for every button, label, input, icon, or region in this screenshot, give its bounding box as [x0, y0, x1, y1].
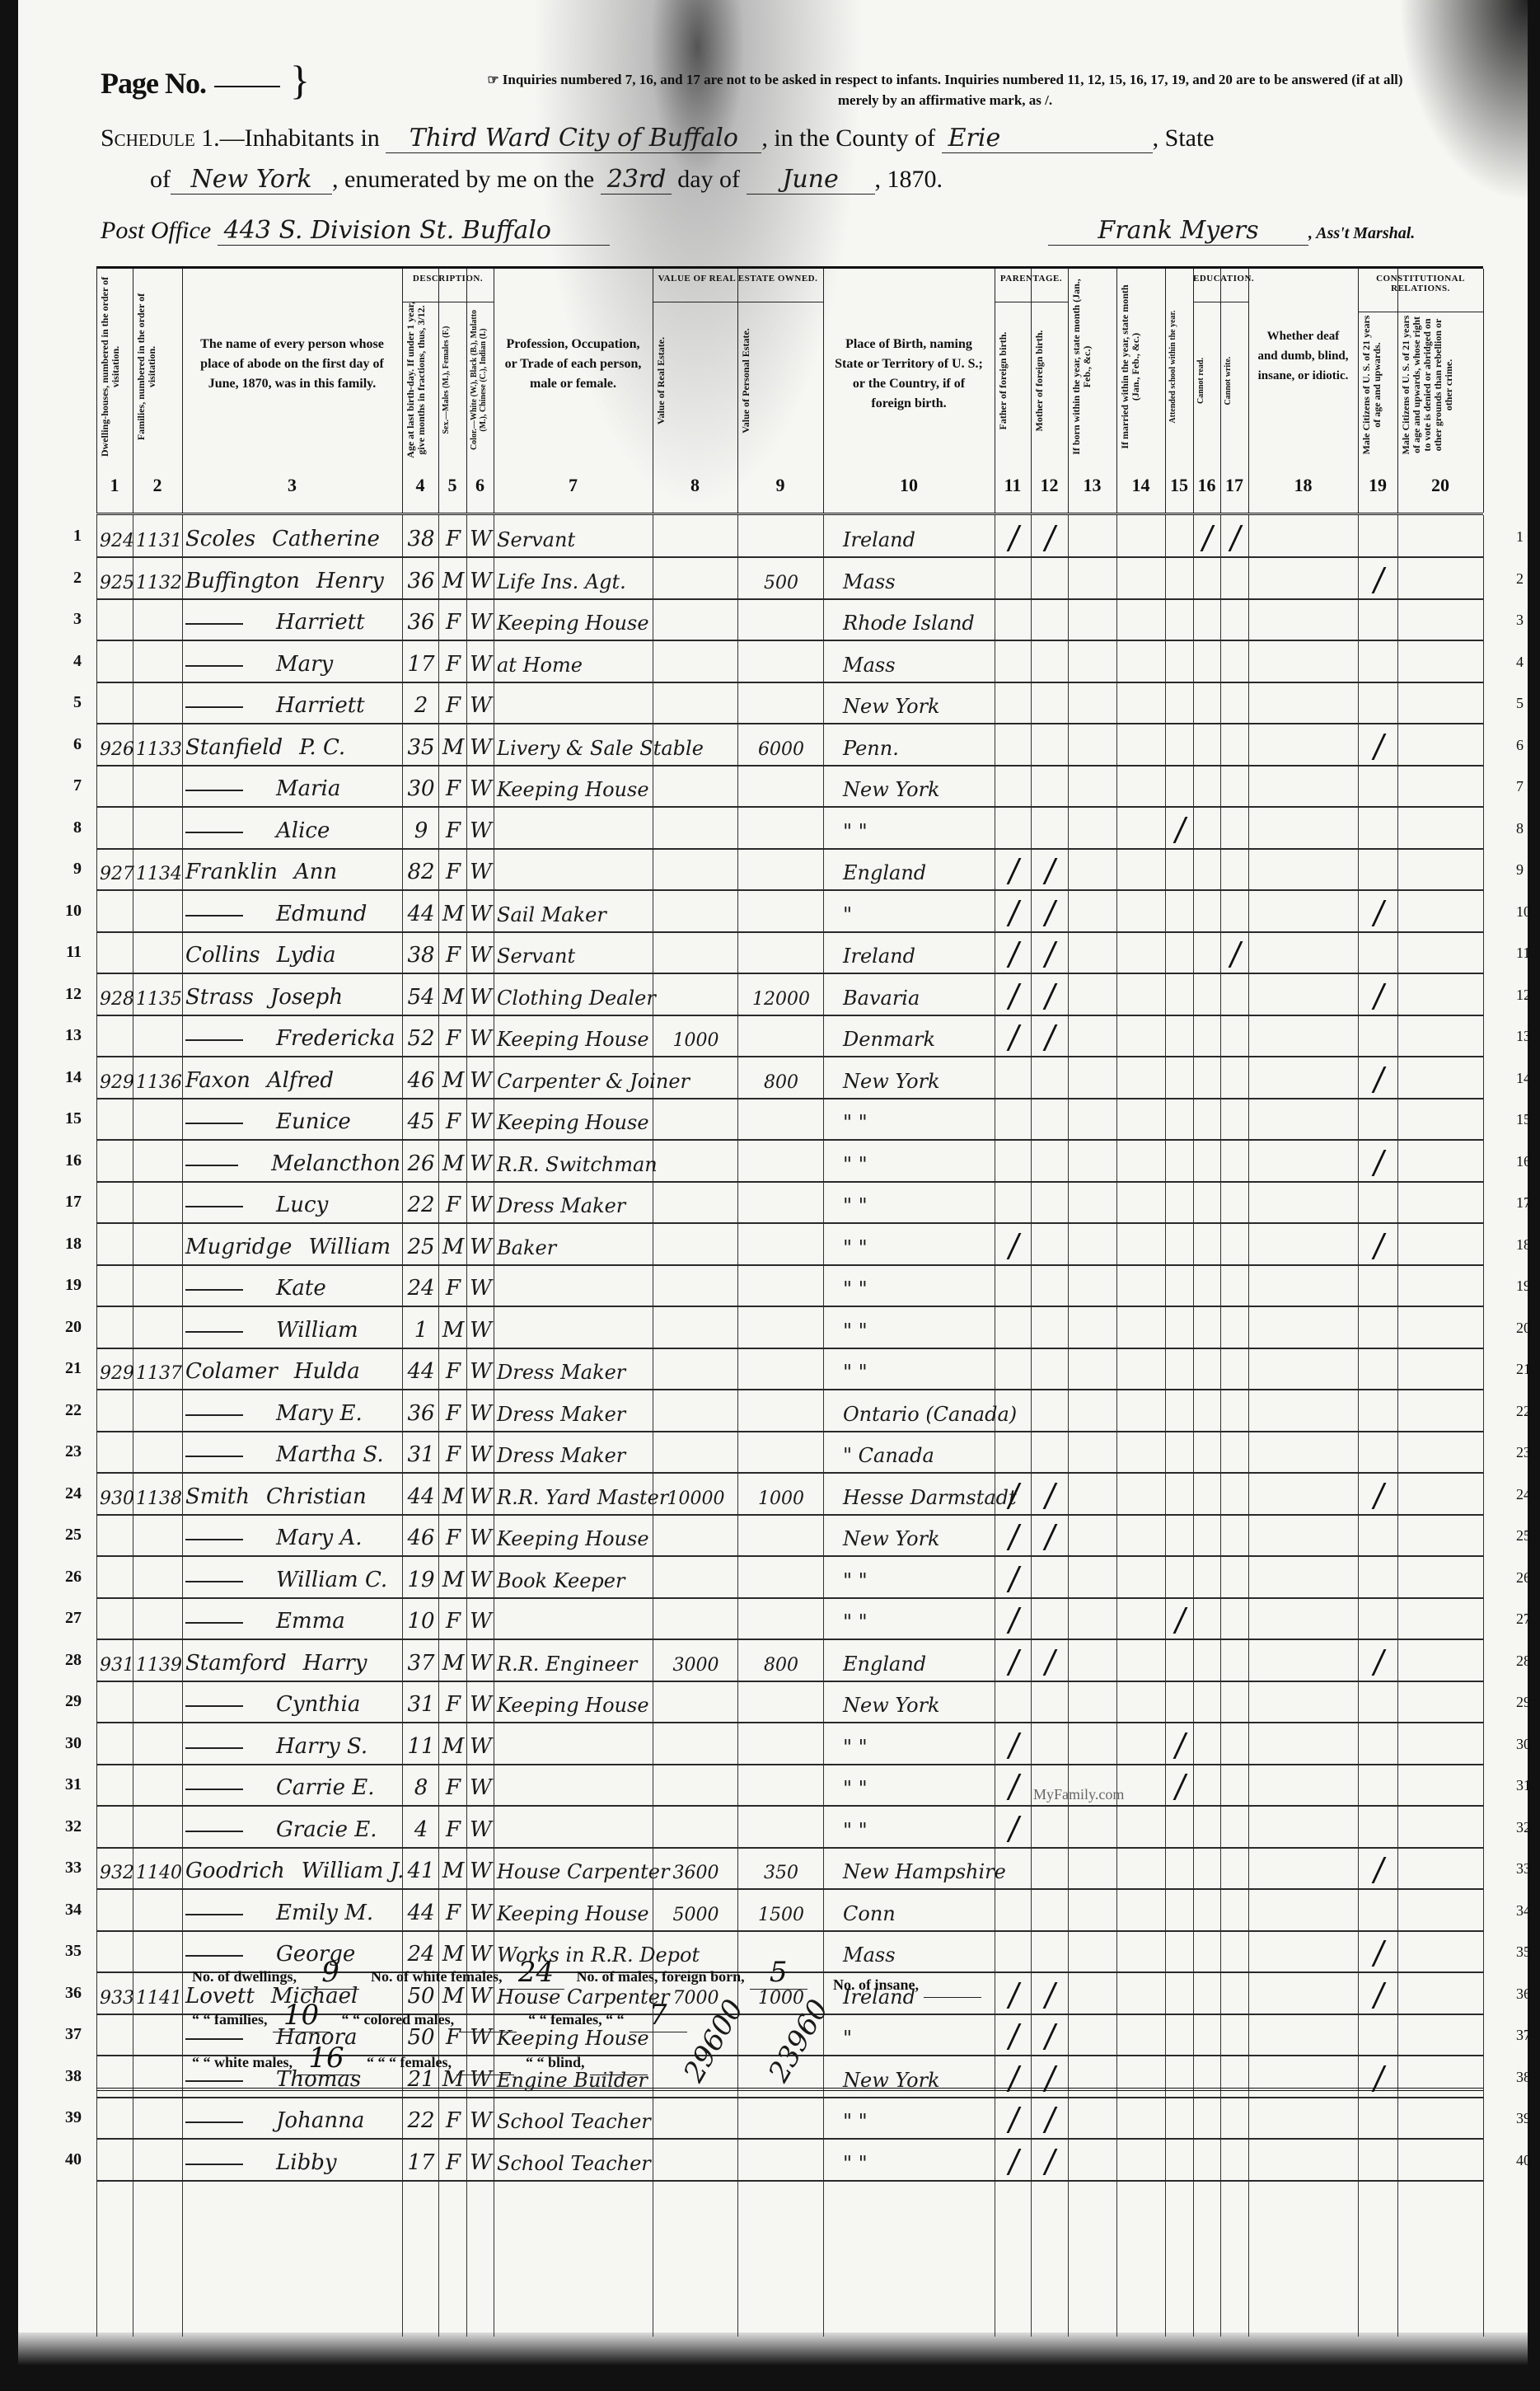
table-row: 21219291137ColamerHulda44FWDress Maker" … — [96, 1348, 1483, 1390]
cell: W — [470, 848, 492, 889]
cell — [1120, 890, 1163, 931]
cell: 44 — [405, 890, 437, 931]
cell — [1196, 1348, 1219, 1389]
cell: Alice — [185, 807, 400, 848]
schedule-label: Schedule 1. — [101, 124, 220, 152]
cell: 44 — [405, 1348, 437, 1389]
cell: M — [442, 1306, 465, 1348]
table-row: 4040Libby17FWSchool Teacher" " — [96, 2139, 1483, 2182]
table-row: 2525Mary A.46FWKeeping HouseNew York — [96, 1514, 1483, 1557]
cell — [656, 515, 736, 556]
surname: Franklin — [185, 860, 278, 884]
cell — [656, 724, 736, 765]
cell: 9 — [405, 807, 437, 848]
cell: F — [442, 848, 465, 889]
summary-value-white-males: 16 — [297, 2042, 355, 2075]
cell — [1196, 1181, 1219, 1222]
surname: Stanfield — [185, 735, 283, 760]
cell: 35 — [405, 724, 437, 765]
cell: 38 — [405, 515, 437, 556]
cell: 41 — [405, 1847, 437, 1888]
line-number-right: 2 — [1516, 570, 1524, 588]
cell — [100, 1306, 131, 1348]
line-number-left: 6 — [49, 735, 82, 754]
census-rows: 119241131ScolesCatherine38FWServantIrela… — [96, 515, 1483, 2180]
column-number: 3 — [182, 475, 402, 496]
line-number-right: 19 — [1516, 1278, 1531, 1295]
cell — [741, 1556, 821, 1597]
cell — [998, 724, 1029, 765]
line-number-right: 18 — [1516, 1236, 1531, 1254]
cell — [1224, 848, 1247, 889]
cell — [998, 1806, 1029, 1847]
cell — [1361, 598, 1396, 640]
cell — [1071, 682, 1115, 723]
cell: ScolesCatherine — [185, 515, 400, 556]
cell — [1168, 890, 1191, 931]
cell: Harriett — [185, 598, 400, 640]
cell: W — [470, 1431, 492, 1472]
cell — [1196, 1431, 1219, 1472]
cell: F — [442, 1264, 465, 1306]
cell — [998, 765, 1029, 806]
surname: Goodrich — [185, 1859, 285, 1883]
cell: Livery & Sale Stable — [497, 724, 651, 765]
cell: Hesse Darmstadt — [826, 1473, 993, 1514]
cell — [136, 1681, 180, 1722]
cell: F — [442, 682, 465, 723]
cell — [741, 1514, 821, 1555]
given-name: William — [276, 1318, 358, 1343]
cell: Servant — [497, 515, 651, 556]
table-row: 2929Cynthia31FWKeeping HouseNew York — [96, 1681, 1483, 1723]
state-label: , State — [1153, 124, 1215, 152]
cell: M — [442, 724, 465, 765]
cell — [1401, 724, 1481, 765]
cell — [1196, 807, 1219, 848]
cell: StamfordHarry — [185, 1639, 400, 1681]
cell — [1361, 1223, 1396, 1264]
cell: M — [442, 1473, 465, 1514]
line-number-left: 21 — [49, 1359, 82, 1378]
cell — [136, 1264, 180, 1306]
cell: William — [185, 1306, 400, 1348]
cell — [1168, 973, 1191, 1015]
cell — [1120, 1015, 1163, 1056]
affirmative-mark — [1006, 1816, 1021, 1842]
cell: Libby — [185, 2139, 400, 2180]
cell: Keeping House — [497, 1514, 651, 1555]
table-row: 1010Edmund44MWSail Maker" — [96, 890, 1483, 933]
cell — [1034, 1681, 1066, 1722]
cell — [1224, 1597, 1247, 1639]
cell — [1034, 724, 1066, 765]
cell: W — [470, 1057, 492, 1098]
summary-line: No. of dwellings,9No. of white females,2… — [192, 1956, 812, 1990]
cell: 11 — [405, 1723, 437, 1764]
cell — [1120, 1306, 1163, 1348]
ditto-dash — [185, 832, 243, 833]
cell — [1401, 1348, 1481, 1389]
cell — [1224, 1390, 1247, 1431]
cell: M — [442, 1556, 465, 1597]
cell — [136, 1597, 180, 1639]
cell: 12000 — [741, 973, 821, 1015]
cell: W — [470, 765, 492, 806]
summary-label: “ “ colored males, — [342, 2011, 455, 2028]
cell: 3000 — [656, 1639, 736, 1681]
cell — [1034, 1431, 1066, 1472]
cell: F — [442, 931, 465, 973]
affirmative-mark — [1006, 1483, 1021, 1509]
cell — [1120, 1514, 1163, 1555]
cell — [741, 2139, 821, 2180]
line-number-right: 32 — [1516, 1819, 1531, 1836]
affirmative-mark — [1371, 1857, 1386, 1883]
cell — [1071, 1806, 1115, 1847]
cell — [1361, 1639, 1396, 1681]
cell — [1196, 931, 1219, 973]
cell — [1361, 640, 1396, 682]
page-no-field — [214, 86, 280, 87]
cell — [1168, 1306, 1191, 1348]
cell: 1131 — [136, 515, 180, 556]
cell — [1361, 1681, 1396, 1722]
line-number-left: 4 — [49, 652, 82, 671]
cell — [741, 931, 821, 973]
surname: Faxon — [185, 1068, 250, 1093]
cell: England — [826, 1639, 993, 1681]
cell — [1034, 1181, 1066, 1222]
state-date-line: ofNew York, enumerated by me on the 23rd… — [150, 165, 943, 195]
cell — [1034, 848, 1066, 889]
column-number: 1 — [96, 475, 133, 496]
cell: New York — [826, 1681, 993, 1722]
cell — [1168, 2139, 1191, 2180]
cell — [497, 807, 651, 848]
cell — [136, 1723, 180, 1764]
given-name: William J. — [302, 1859, 405, 1883]
affirmative-mark — [1228, 525, 1243, 551]
cell — [1196, 973, 1219, 1015]
cell: " " — [826, 1181, 993, 1222]
cell — [998, 1556, 1029, 1597]
cell — [100, 1098, 131, 1139]
affirmative-mark — [1043, 1483, 1058, 1509]
cell: W — [470, 1348, 492, 1389]
cell: " " — [826, 1723, 993, 1764]
cell — [998, 2097, 1029, 2138]
cell — [1196, 1390, 1219, 1431]
summary-label: No. of white females, — [371, 1968, 502, 1985]
given-name: Maria — [276, 776, 340, 801]
cell — [1252, 1639, 1356, 1681]
line-number-right: 9 — [1516, 861, 1524, 879]
line-number-right: 15 — [1516, 1111, 1531, 1128]
line-number-right: 34 — [1516, 1902, 1531, 1920]
year-label: , 1870. — [875, 166, 943, 193]
cell: 800 — [741, 1639, 821, 1681]
ditto-dash — [185, 1331, 243, 1333]
cell: W — [470, 724, 492, 765]
cell — [1401, 2097, 1481, 2138]
cell — [1168, 1390, 1191, 1431]
given-name: Joseph — [270, 985, 343, 1010]
line-number-left: 7 — [49, 776, 82, 795]
cell: M — [442, 1723, 465, 1764]
cell — [1034, 1473, 1066, 1514]
cell: Emily M. — [185, 1889, 400, 1930]
cell: 82 — [405, 848, 437, 889]
total-personal-estate: 23960 — [762, 1994, 836, 2088]
cell — [656, 1597, 736, 1639]
cell: 45 — [405, 1098, 437, 1139]
cell — [1361, 1764, 1396, 1805]
cell — [136, 890, 180, 931]
given-name: Emma — [276, 1609, 345, 1634]
line-number-right: 33 — [1516, 1860, 1531, 1878]
cell — [1224, 890, 1247, 931]
cell — [1071, 1889, 1115, 1930]
cell — [656, 1057, 736, 1098]
cell — [497, 1764, 651, 1805]
cell — [1168, 682, 1191, 723]
cell — [1168, 1764, 1191, 1805]
post-office-line: Post Office 443 S. Division St. Buffalo — [101, 216, 610, 246]
column-header-c5: Sex.—Males (M.), Females (F.) — [442, 302, 463, 458]
census-sheet: Page No. } ☞Inquiries numbered 7, 16, an… — [18, 0, 1528, 2365]
summary-line: “ “ families,10“ “ colored males, “ “ fe… — [192, 1999, 692, 2032]
cell: Harriett — [185, 682, 400, 723]
summary-value-colored-females — [456, 2042, 514, 2075]
cell — [1401, 848, 1481, 889]
cell — [1252, 1264, 1356, 1306]
affirmative-mark — [1043, 1649, 1058, 1676]
cell — [741, 1015, 821, 1056]
cell — [1120, 973, 1163, 1015]
cell — [1196, 2139, 1219, 2180]
cell — [1071, 1847, 1115, 1888]
cell — [1034, 890, 1066, 931]
affirmative-mark — [1006, 900, 1021, 926]
cell — [100, 598, 131, 640]
cell — [1120, 598, 1163, 640]
cell — [1224, 1306, 1247, 1348]
cell: F — [442, 1681, 465, 1722]
cell — [1361, 1473, 1396, 1514]
cell — [1224, 1639, 1247, 1681]
cell: F — [442, 1431, 465, 1472]
cell — [1252, 1140, 1356, 1181]
table-row: 12129281135StrassJoseph54MWClothing Deal… — [96, 973, 1483, 1016]
given-name: Harriett — [276, 610, 365, 635]
cell — [1361, 515, 1396, 556]
summary-label: “ “ blind, — [526, 2054, 585, 2070]
table-row: 1717Lucy22FWDress Maker" " — [96, 1181, 1483, 1224]
cell: M — [442, 1847, 465, 1888]
cell — [656, 890, 736, 931]
cell — [1168, 1514, 1191, 1555]
cell: Sail Maker — [497, 890, 651, 931]
cell — [136, 640, 180, 682]
cell — [1196, 1723, 1219, 1764]
cell: W — [470, 1681, 492, 1722]
cell: 925 — [100, 557, 131, 598]
column-divider — [1483, 269, 1484, 513]
cell: Life Ins. Agt. — [497, 557, 651, 598]
cell — [1196, 1681, 1219, 1722]
cell — [1034, 1847, 1066, 1888]
affirmative-mark — [1371, 734, 1386, 760]
cell — [998, 1306, 1029, 1348]
cell — [1224, 557, 1247, 598]
cell: W — [470, 1473, 492, 1514]
county-field: Erie — [942, 124, 1153, 153]
cell — [1196, 1098, 1219, 1139]
cell — [1401, 1597, 1481, 1639]
given-name: Alfred — [267, 1068, 334, 1093]
given-name: Catherine — [272, 527, 380, 551]
cell: W — [470, 1098, 492, 1139]
cell — [100, 1889, 131, 1930]
line-number-left: 33 — [49, 1859, 82, 1878]
given-name: Hulda — [294, 1359, 360, 1384]
cell: Mass — [826, 557, 993, 598]
cell — [1224, 807, 1247, 848]
line-number-left: 17 — [49, 1193, 82, 1212]
cell — [1361, 1723, 1396, 1764]
line-number-right: 11 — [1516, 945, 1530, 962]
cell: School Teacher — [497, 2139, 651, 2180]
cell — [998, 931, 1029, 973]
table-row: 1616Melancthon26MWR.R. Switchman" " — [96, 1140, 1483, 1183]
cell — [1034, 640, 1066, 682]
cell: W — [470, 1390, 492, 1431]
cell — [656, 931, 736, 973]
locality-field: Third Ward City of Buffalo — [386, 124, 761, 153]
cell — [1071, 2097, 1115, 2138]
affirmative-mark — [1173, 817, 1187, 843]
cell — [1401, 1889, 1481, 1930]
cell — [1120, 2097, 1163, 2138]
cell — [1361, 1390, 1396, 1431]
given-name: Kate — [276, 1276, 326, 1301]
cell — [1168, 1806, 1191, 1847]
cell: Dress Maker — [497, 1181, 651, 1222]
line-number-right: 12 — [1516, 987, 1531, 1004]
cell — [1252, 931, 1356, 973]
affirmative-mark — [1371, 1233, 1386, 1259]
cell: F — [442, 2139, 465, 2180]
cell: M — [442, 557, 465, 598]
cell — [1071, 1723, 1115, 1764]
column-number: 18 — [1248, 475, 1358, 496]
cell — [1401, 557, 1481, 598]
cell — [1401, 1806, 1481, 1847]
cell: 31 — [405, 1431, 437, 1472]
cell — [1071, 1514, 1115, 1555]
cell — [1401, 1015, 1481, 1056]
cell — [1252, 1514, 1356, 1555]
cell — [1168, 931, 1191, 973]
cell: 6000 — [741, 724, 821, 765]
ditto-dash — [185, 1289, 243, 1291]
cell — [1361, 1181, 1396, 1222]
line-number-right: 37 — [1516, 2027, 1531, 2044]
cell — [1071, 973, 1115, 1015]
given-name: Christian — [266, 1484, 367, 1509]
line-number-left: 19 — [49, 1276, 82, 1295]
column-header-c6: Color.—White (W.), Black (B.), Mulatto (… — [470, 302, 490, 458]
cell — [497, 848, 651, 889]
cell — [1401, 1431, 1481, 1472]
cell: 38 — [405, 931, 437, 973]
cell — [998, 640, 1029, 682]
cell — [1034, 515, 1066, 556]
cell — [998, 1639, 1029, 1681]
cell: Melancthon — [185, 1140, 400, 1181]
cell: F — [442, 1348, 465, 1389]
affirmative-mark — [1006, 983, 1021, 1010]
line-number-right: 28 — [1516, 1653, 1531, 1670]
cell: Cynthia — [185, 1681, 400, 1722]
cell: " " — [826, 1223, 993, 1264]
cell: FaxonAlfred — [185, 1057, 400, 1098]
cell: MugridgeWilliam — [185, 1223, 400, 1264]
affirmative-mark — [1006, 1566, 1021, 1592]
cell — [100, 1806, 131, 1847]
cell — [1071, 1057, 1115, 1098]
ditto-dash — [185, 1581, 243, 1582]
cell: W — [470, 515, 492, 556]
cell: Mary E. — [185, 1390, 400, 1431]
ditto-dash — [185, 1414, 243, 1416]
cell — [1196, 1806, 1219, 1847]
cell — [136, 1223, 180, 1264]
cell: Fredericka — [185, 1015, 400, 1056]
cell — [1168, 765, 1191, 806]
cell — [656, 848, 736, 889]
column-header-c11: Father of foreign birth. — [998, 303, 1027, 458]
cell — [1252, 1556, 1356, 1597]
cell — [1168, 1639, 1191, 1681]
cell — [1034, 931, 1066, 973]
table-row: 28289311139StamfordHarry37MWR.R. Enginee… — [96, 1639, 1483, 1682]
line-number-right: 25 — [1516, 1527, 1531, 1545]
line-number-right: 13 — [1516, 1028, 1531, 1045]
cell — [1224, 1847, 1247, 1888]
line-number-left: 28 — [49, 1651, 82, 1670]
cell — [1224, 1889, 1247, 1930]
cell — [1401, 973, 1481, 1015]
cell: W — [470, 682, 492, 723]
cell: BuffingtonHenry — [185, 557, 400, 598]
line-number-right: 8 — [1516, 820, 1524, 837]
line-number-left: 37 — [49, 2025, 82, 2044]
cell — [998, 890, 1029, 931]
cell: F — [442, 1514, 465, 1555]
ditto-dash — [185, 1747, 243, 1749]
affirmative-mark — [1043, 900, 1058, 926]
affirmative-mark — [1371, 567, 1386, 593]
cell: R.R. Yard Master — [497, 1473, 651, 1514]
affirmative-mark — [1006, 1649, 1021, 1676]
cell — [1196, 682, 1219, 723]
cell: W — [470, 1015, 492, 1056]
cell — [1196, 1847, 1219, 1888]
column-number: 16 — [1193, 475, 1220, 496]
column-header-c7: Profession, Occupation, or Trade of each… — [502, 335, 644, 394]
